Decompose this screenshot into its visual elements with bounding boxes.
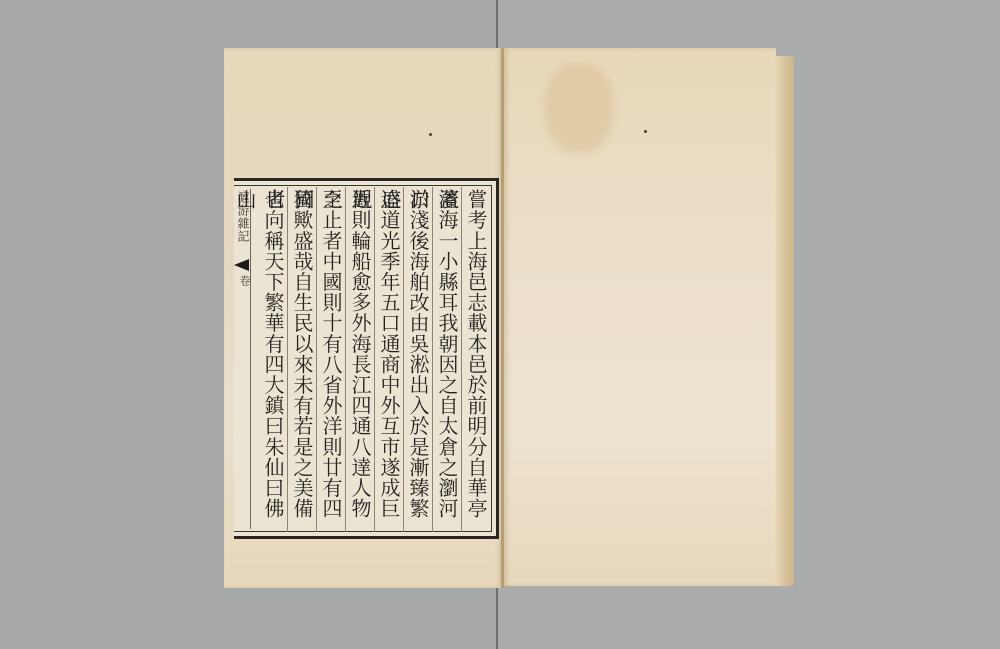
printed-text-frame: 滬游雜記 卷 嘗考上海邑志載本邑於前明分自華亭蓋 濱海一小縣耳我朝因之自太倉之瀏…	[234, 178, 499, 539]
volume-mark: 卷	[236, 275, 252, 286]
paper-speck	[429, 133, 432, 136]
fore-edge-margin: 滬游雜記 卷	[234, 189, 251, 529]
text-columns: 嘗考上海邑志載本邑於前明分自華亭蓋 濱海一小縣耳我朝因之自太倉之瀏河口 淤淺後海…	[259, 187, 490, 530]
book-gutter	[501, 48, 504, 588]
water-stain	[544, 63, 614, 153]
left-page: 滬游雜記 卷 嘗考上海邑志載本邑於前明分自華亭蓋 濱海一小縣耳我朝因之自太倉之瀏…	[224, 48, 502, 588]
text-column: 近則輪船愈多外海長江四通八達人物之	[345, 187, 374, 532]
open-book: 滬游雜記 卷 嘗考上海邑志載本邑於前明分自華亭蓋 濱海一小縣耳我朝因之自太倉之瀏…	[224, 48, 798, 590]
text-column: 也向稱天下繁華有四大鎮曰朱仙曰佛山	[259, 187, 287, 532]
text-column: 迨道光季年五口通商中外互市遂成巨觀	[374, 187, 403, 532]
text-column: 嘗考上海邑志載本邑於前明分自華亭蓋	[461, 187, 490, 532]
fishtail-mark-icon	[234, 259, 249, 271]
text-column: 猗歟盛哉自生民以來未有若是之美備者	[287, 187, 316, 532]
right-page-blank	[504, 48, 776, 586]
paper-speck	[644, 130, 647, 133]
text-column: 濱海一小縣耳我朝因之自太倉之瀏河口	[432, 187, 461, 532]
text-column: 淤淺後海舶改由吳淞出入於是漸臻繁盛	[403, 187, 432, 532]
text-column: 至止者中國則十有八省外洋則廿有四國	[316, 187, 345, 532]
